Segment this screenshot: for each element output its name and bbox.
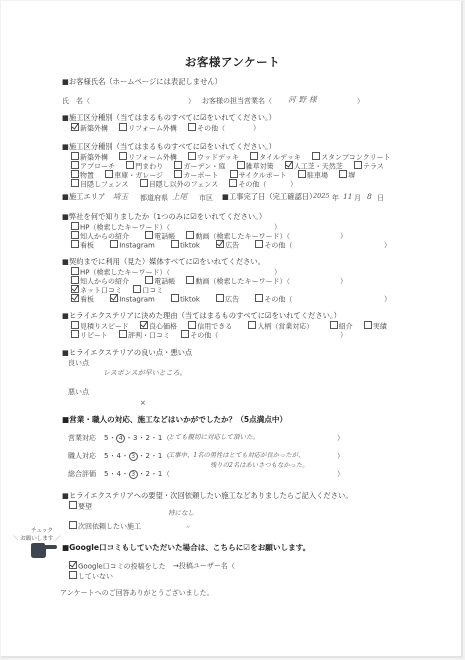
sales-rep-label: お客様の担当営業名（: [202, 96, 272, 106]
checkbox-next-work[interactable]: 次回依頼したい施工: [69, 521, 141, 532]
checkbox-box[interactable]: [71, 222, 79, 230]
request-field[interactable]: 特になし: [168, 508, 194, 517]
checkbox-google-not[interactable]: していない: [69, 571, 113, 582]
next-work-field[interactable]: 〃: [185, 524, 190, 531]
checkbox-box[interactable]: [216, 240, 224, 248]
good-point-field[interactable]: レスポンスが早いところ。: [103, 368, 187, 378]
rating-close-overall: ）: [337, 469, 344, 479]
checkbox-box[interactable]: [171, 240, 179, 248]
checkbox-box[interactable]: [126, 161, 134, 169]
checkbox-box[interactable]: [140, 321, 148, 329]
area-label: ■施工エリア: [62, 192, 105, 202]
prefecture-field[interactable]: 埼玉: [113, 191, 128, 202]
how-known-row-3: 看板 Instagram tiktok 広告 その他（: [71, 240, 301, 251]
checkbox-box[interactable]: [71, 123, 79, 131]
checkbox-box[interactable]: [71, 294, 79, 302]
checkbox-instagram[interactable]: Instagram: [110, 294, 155, 304]
reason-row-2: リピート 評判・口コミ その他（: [71, 330, 227, 341]
checkbox-box[interactable]: [119, 330, 127, 338]
checkbox-box[interactable]: [312, 152, 320, 160]
checkbox-box[interactable]: [171, 294, 179, 302]
how-known-other-close: ）: [384, 240, 391, 250]
checkbox-box[interactable]: [133, 285, 141, 293]
checkbox-signboard[interactable]: 看板: [71, 240, 94, 251]
checkbox-box[interactable]: [250, 152, 258, 160]
checkbox-box[interactable]: [237, 161, 245, 169]
checkbox-box[interactable]: [188, 123, 196, 131]
checkbox-box[interactable]: [285, 161, 293, 169]
work-category-row-4: 目隠しフェンス 目隠し以外のフェンス その他（: [71, 179, 275, 190]
checkbox-box[interactable]: [216, 294, 224, 302]
checkbox-reform[interactable]: リフォーム外構: [119, 123, 177, 134]
checkbox-box[interactable]: [181, 330, 189, 338]
checkbox-box[interactable]: [110, 240, 118, 248]
checkbox-ad[interactable]: 広告: [216, 294, 239, 305]
checkbox-box[interactable]: [230, 170, 238, 178]
thanks-message: アンケートへのご回答ありがとうございました。: [60, 588, 214, 598]
pointing-hand-icon: [29, 541, 57, 558]
checkbox-box[interactable]: [105, 170, 113, 178]
checkbox-repeat[interactable]: リピート: [71, 330, 108, 341]
customer-name-close: ）: [188, 96, 195, 106]
rating-scale-overall[interactable]: 5・4・3・2・1（: [104, 469, 170, 479]
checkbox-instagram[interactable]: Instagram: [110, 240, 155, 250]
rating-comment-craftsman-2[interactable]: 残りの2名はあいさつもなかった。: [210, 460, 308, 469]
rating-label-overall: 総合評価: [68, 469, 96, 479]
checkbox-other[interactable]: その他（: [255, 240, 292, 251]
media-video-keyword-close: ）: [340, 276, 347, 286]
checkbox-wall[interactable]: 塀: [339, 170, 355, 181]
checkbox-box[interactable]: [71, 240, 79, 248]
rating-label-craftsman: 職人対応: [68, 451, 96, 461]
rating-scale-sales[interactable]: 5・4・3・2・1（: [104, 433, 170, 443]
checkbox-google-posted[interactable]: Google口コミの投稿をした: [69, 561, 166, 572]
checkbox-box[interactable]: [364, 321, 372, 329]
google-user-label: →投稿ユーザー名（: [173, 561, 235, 571]
media-used-row-4: 看板 Instagram tiktok 広告 その他（: [71, 294, 301, 305]
work-type-options: 新築外構 リフォーム外構 その他（: [71, 123, 234, 134]
checkbox-box[interactable]: [248, 321, 256, 329]
rating-close-craftsman: ）: [337, 451, 344, 461]
checkbox-box[interactable]: [69, 561, 77, 569]
checkbox-box[interactable]: [298, 170, 306, 178]
checkbox-box[interactable]: [255, 294, 263, 302]
checkbox-reputation[interactable]: 評判・口コミ: [119, 330, 170, 341]
checkbox-box[interactable]: [71, 321, 79, 329]
work-category-heading: ■施工区分種別（当てはまるものすべてに☑をいれてください。）: [62, 142, 276, 152]
checkbox-other[interactable]: その他（: [188, 123, 225, 134]
checkbox-box[interactable]: [330, 321, 338, 329]
checkbox-other[interactable]: その他（: [255, 294, 292, 305]
checkbox-other[interactable]: その他（: [181, 330, 218, 341]
reason-heading: ■ヒライエクステリアに決めた理由（当てはまるものすべてに☑をいれてください。）: [62, 311, 341, 321]
bad-point-field[interactable]: ×: [140, 399, 146, 407]
rating-close-sales: ）: [337, 433, 344, 443]
work-type-heading: ■施工区分種別（当てはまるものすべてに☑をいれてください。）: [62, 113, 276, 123]
checkbox-shinchiku[interactable]: 新築外構: [71, 123, 108, 134]
checkbox-box[interactable]: [354, 161, 362, 169]
callout-line-1: チェック: [22, 526, 62, 534]
page-title: お客様アンケート: [0, 54, 465, 70]
name-section-heading: ■お客様氏名（ホームページには表記しません）: [62, 77, 222, 87]
good-point-label: 良い点: [68, 358, 89, 368]
rating-heading: ■営業・職人の対応、施工などはいかがでしたか？（5点満点中）: [62, 414, 287, 425]
rating-comment-craftsman[interactable]: 工事中、1名の男性はとても対応が良かったが、: [168, 450, 304, 459]
year-suffix: 年: [332, 193, 339, 203]
checkbox-box[interactable]: [69, 501, 77, 509]
checkbox-box[interactable]: [174, 161, 182, 169]
how-known-heading: ■弊社を何で知りましたか（1つのみに☑をいれてください。）: [62, 212, 266, 222]
completion-month-field[interactable]: 11: [343, 192, 353, 201]
video-keyword-close: ）: [340, 231, 347, 241]
checkbox-box[interactable]: [186, 231, 194, 239]
checkbox-box[interactable]: [339, 170, 347, 178]
rating-comment-sales[interactable]: とても親切に対応して頂いた。: [168, 432, 259, 441]
checkbox-signboard[interactable]: 看板: [71, 294, 94, 305]
work-type-other-close: ）: [253, 123, 260, 133]
checkbox-box[interactable]: [119, 123, 127, 131]
media-used-heading: ■契約までに利用（見た）媒体すべてに☑をいれてください。: [62, 257, 265, 267]
completion-year-field[interactable]: 2025: [313, 192, 330, 200]
day-suffix: 日: [377, 193, 384, 203]
checkbox-box[interactable]: [145, 276, 153, 284]
rating-scale-craftsman[interactable]: 5・4・3・2・1（: [104, 451, 170, 461]
checkbox-box[interactable]: [186, 276, 194, 284]
rating-label-sales: 営業対応: [68, 433, 96, 443]
checkbox-box[interactable]: [71, 330, 79, 338]
checkbox-parking[interactable]: 駐車場: [298, 170, 328, 181]
reason-other-close: ）: [340, 330, 347, 340]
checkbox-video[interactable]: 動画（検索したキーワード）（: [186, 276, 290, 287]
good-bad-heading: ■ヒライエクステリアの良い点・悪い点: [62, 348, 192, 358]
checkbox-other[interactable]: その他（: [229, 179, 266, 190]
checkbox-box[interactable]: [188, 152, 196, 160]
checkbox-box[interactable]: [71, 152, 79, 160]
prefecture-suffix: 都道府県: [140, 193, 168, 203]
checkbox-box[interactable]: [110, 294, 118, 302]
checkbox-box[interactable]: [71, 179, 79, 187]
checkbox-personality[interactable]: 人柄（営業対応）: [248, 321, 313, 332]
checkbox-box[interactable]: [71, 170, 79, 178]
checkbox-box[interactable]: [188, 321, 196, 329]
checkbox-tiktok[interactable]: tiktok: [171, 240, 200, 250]
checkbox-box[interactable]: [140, 179, 148, 187]
completion-date-label: ■工事完了日（完工確認日）: [222, 192, 316, 202]
city-field[interactable]: 上尾: [172, 191, 187, 202]
media-other-close: ）: [384, 294, 391, 304]
checkbox-request[interactable]: 要望: [69, 501, 92, 512]
checkbox-box[interactable]: [69, 521, 77, 529]
google-heading: ■Google口コミもしていただいた場合は、こちらに☑をお願いします。: [62, 542, 310, 553]
customer-name-label: 氏 名（: [62, 96, 90, 106]
checkbox-privacy-fence[interactable]: 目隠しフェンス: [71, 179, 128, 190]
checkbox-box[interactable]: [145, 231, 153, 239]
checkbox-ad[interactable]: 広告: [216, 240, 239, 251]
bad-point-label: 悪い点: [68, 387, 89, 397]
checkbox-tiktok[interactable]: tiktok: [171, 294, 200, 304]
requests-heading: ■ヒライエクステリアへの要望・次回依頼したい施工などありましたらご記入ください。: [62, 491, 353, 501]
checkbox-box[interactable]: [174, 170, 182, 178]
work-category-other-close: ）: [290, 179, 297, 189]
sales-rep-field[interactable]: 河野様: [288, 94, 320, 105]
checkbox-box[interactable]: [71, 231, 79, 239]
checkbox-track-record[interactable]: 実績: [364, 321, 387, 332]
month-suffix: 月: [354, 193, 361, 203]
checkbox-box[interactable]: [71, 161, 79, 169]
checkbox-box[interactable]: [255, 240, 263, 248]
checkbox-other-fence[interactable]: 目隠し以外のフェンス: [140, 179, 218, 190]
completion-day-field[interactable]: 8: [367, 192, 372, 201]
checkbox-box[interactable]: [119, 152, 127, 160]
checkbox-box[interactable]: [71, 267, 79, 275]
checkbox-box[interactable]: [229, 179, 237, 187]
checkbox-box[interactable]: [69, 571, 77, 579]
sales-rep-close: ）: [357, 96, 364, 106]
city-suffix: 市区: [199, 193, 213, 203]
